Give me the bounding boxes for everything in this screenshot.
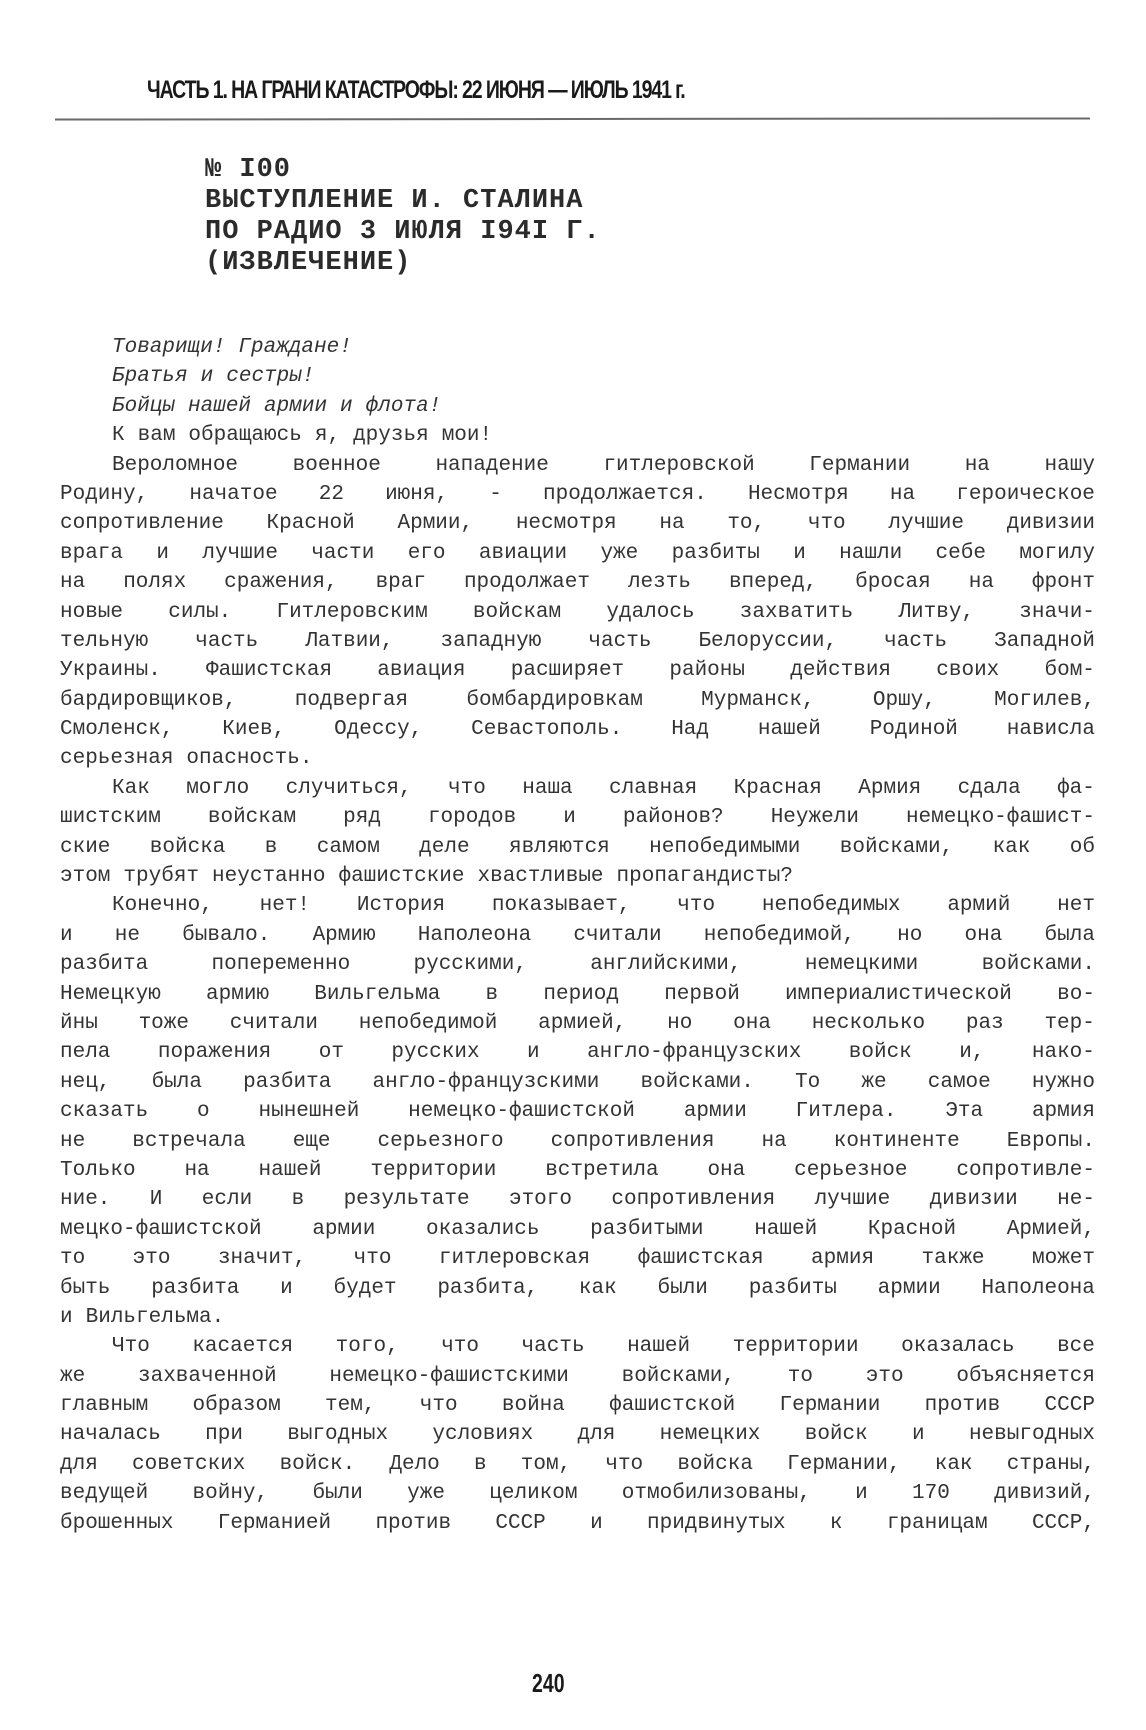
- word: лучшие: [815, 1185, 891, 1214]
- word: Белоруссии,: [698, 627, 837, 656]
- word: целиком: [489, 1479, 577, 1508]
- word: Неужели: [771, 803, 859, 832]
- word: могилу: [1019, 539, 1095, 568]
- document-title-line: ПО РАДИО 3 ИЮЛЯ I94I Г.: [205, 217, 601, 248]
- word: К: [112, 421, 125, 450]
- word: уже: [407, 1479, 445, 1508]
- word: мецко-фашистской: [60, 1215, 262, 1244]
- word: удалось: [606, 598, 694, 627]
- word: непобедимой,: [704, 921, 855, 950]
- word: на: [969, 568, 994, 597]
- text-line: длясоветскихвойск.Деловтом,чтовойскаГерм…: [60, 1450, 1095, 1479]
- word: наша: [522, 774, 572, 803]
- word: и: [340, 392, 353, 421]
- word: сопротивления: [611, 1185, 775, 1214]
- word: период: [543, 980, 619, 1009]
- word: сопротивле-: [956, 1156, 1095, 1185]
- word: часть: [195, 627, 258, 656]
- word: Гитлера.: [796, 1097, 897, 1126]
- word: СССР: [1045, 1391, 1095, 1420]
- word: немецкими: [805, 950, 918, 979]
- word: лучшие: [888, 509, 964, 538]
- word: лезть: [628, 568, 691, 597]
- text-line: Какмоглослучиться,чтонашаславнаяКраснаяА…: [60, 774, 1095, 803]
- word: но: [667, 1009, 692, 1038]
- word: Армия: [858, 774, 921, 803]
- word: часть: [522, 1332, 585, 1361]
- word: Армию: [313, 921, 376, 950]
- word: серьезного: [378, 1127, 504, 1156]
- word: империалистической: [785, 980, 1012, 1009]
- word: сопротивления: [551, 1127, 715, 1156]
- word: оказались: [426, 1215, 539, 1244]
- word: немецко-фашист-: [906, 803, 1095, 832]
- word: Германии: [809, 451, 910, 480]
- word: образом: [193, 1391, 281, 1420]
- text-line: наполяхсражения,врагпродолжаетлезтьвпере…: [60, 568, 1095, 597]
- word: немецких: [660, 1420, 761, 1449]
- word: англо-французскими: [372, 1068, 599, 1097]
- word: славная: [609, 774, 697, 803]
- word: то: [60, 1244, 85, 1273]
- word: гитлеровской: [603, 451, 754, 480]
- word: что: [808, 509, 846, 538]
- word: и: [60, 921, 73, 950]
- word: тельную: [60, 627, 148, 656]
- word: Оршу,: [873, 686, 936, 715]
- word: районов?: [623, 803, 724, 832]
- word: Эта: [945, 1097, 983, 1126]
- word: полях: [123, 568, 186, 597]
- word: началась: [60, 1420, 161, 1449]
- word: разбита,: [437, 1274, 538, 1303]
- word: шистским: [60, 803, 161, 832]
- word: Товарищи!: [112, 333, 225, 362]
- greeting-line: Братьяисестры!: [60, 362, 1095, 391]
- text-line: нец,быларазбитаангло-французскимивойскам…: [60, 1068, 1095, 1097]
- word: немецко-фашистскими: [329, 1362, 568, 1391]
- text-line: Тольконанашейтерриториивстретилаонасерье…: [60, 1156, 1095, 1185]
- word: русских: [391, 1038, 479, 1067]
- word: нужно: [1032, 1068, 1095, 1097]
- word: и: [912, 1420, 925, 1449]
- word: то: [788, 1362, 813, 1391]
- word: нако-: [1032, 1038, 1095, 1067]
- word: что: [677, 891, 715, 920]
- word: дивизии: [1007, 509, 1095, 538]
- word: были: [312, 1479, 362, 1508]
- word: Дело: [389, 1450, 439, 1479]
- word: того,: [336, 1332, 399, 1361]
- word: армия: [1032, 1097, 1095, 1126]
- word: Гитлеровским: [276, 598, 427, 627]
- word: ряд: [343, 803, 381, 832]
- word: против: [375, 1509, 451, 1538]
- word: пропагандисты?: [617, 862, 793, 891]
- text-line: началасьпривыгодныхусловияхдлянемецкихво…: [60, 1420, 1095, 1449]
- word: условиях: [432, 1420, 533, 1449]
- word: вперед,: [729, 568, 817, 597]
- text-line: жезахваченнойнемецко-фашистскимивойсками…: [60, 1362, 1095, 1391]
- word: что: [354, 1244, 392, 1273]
- word: на: [659, 509, 684, 538]
- word: для: [60, 1450, 98, 1479]
- word: уже: [600, 539, 638, 568]
- word: этом: [60, 862, 110, 891]
- word: лучшие: [202, 539, 278, 568]
- word: дивизий,: [994, 1479, 1095, 1508]
- word: и: [563, 803, 576, 832]
- word: войну,: [193, 1479, 269, 1508]
- word: войсками.: [640, 1068, 753, 1097]
- word: западную: [441, 627, 542, 656]
- word: Граждане!: [238, 333, 351, 362]
- word: армию: [206, 980, 269, 1009]
- document-heading: № I00 ВЫСТУПЛЕНИЕ И. СТАЛИНА ПО РАДИО 3 …: [205, 155, 601, 279]
- word: Немецкую: [60, 980, 161, 1009]
- word: вам: [138, 421, 176, 450]
- document-number: № I00: [205, 155, 601, 186]
- text-line: НемецкуюармиюВильгельмавпериодпервойимпе…: [60, 980, 1095, 1009]
- text-line: тельнуючастьЛатвии,западнуючастьБелорусс…: [60, 627, 1095, 656]
- document-title-line: ВЫСТУПЛЕНИЕ И. СТАЛИНА: [205, 186, 601, 217]
- word: Армии,: [397, 509, 473, 538]
- word: фашистская: [638, 1244, 764, 1273]
- word: в: [265, 833, 278, 862]
- word: нападение: [435, 451, 548, 480]
- word: отмобилизованы,: [622, 1479, 811, 1508]
- word: же: [60, 1362, 85, 1391]
- word: Вероломное: [112, 451, 238, 480]
- word: Только: [60, 1156, 136, 1185]
- word: в: [486, 980, 499, 1009]
- word: придвинутых: [647, 1509, 786, 1538]
- word: армии: [878, 1274, 941, 1303]
- word: территории: [733, 1332, 859, 1361]
- word: войскам: [208, 803, 296, 832]
- text-line: этомтрубятнеустаннофашистскиехвастливыеп…: [60, 862, 1095, 891]
- text-line: иВильгельма.: [60, 1303, 1095, 1332]
- word: еще: [293, 1127, 331, 1156]
- word: она: [965, 921, 1003, 950]
- text-line: Квамобращаюсья,друзьямои!: [60, 421, 1095, 450]
- word: поражения: [158, 1038, 271, 1067]
- word: и: [793, 539, 806, 568]
- word: расширяет: [511, 656, 624, 685]
- word: попеременно: [212, 950, 351, 979]
- word: И: [150, 1185, 163, 1214]
- text-line: бытьразбитаибудетразбита,какбылиразбитыа…: [60, 1274, 1095, 1303]
- word: пела: [60, 1038, 110, 1067]
- word: Германии,: [787, 1450, 900, 1479]
- text-line: Чтокасаетсятого,чточастьнашейтерриториио…: [60, 1332, 1095, 1361]
- word: это: [133, 1244, 171, 1273]
- word: как: [935, 1450, 973, 1479]
- word: и: [527, 1038, 540, 1067]
- word: что: [605, 1450, 643, 1479]
- word: для: [577, 1420, 615, 1449]
- word: нависла: [1007, 715, 1095, 744]
- word: войска: [150, 833, 226, 862]
- word: Наполеона: [418, 921, 531, 950]
- word: СССР,: [1032, 1509, 1095, 1538]
- word: тер-: [1044, 1009, 1094, 1038]
- word: что: [448, 774, 486, 803]
- word: Несмотря: [748, 480, 849, 509]
- word: армия: [811, 1244, 874, 1273]
- word: войск: [849, 1038, 912, 1067]
- word: История: [357, 891, 445, 920]
- word: дивизии: [930, 1185, 1018, 1214]
- word: и: [855, 1479, 868, 1508]
- word: -: [489, 480, 502, 509]
- word: обращаюсь: [188, 421, 301, 450]
- word: фашистской: [609, 1391, 735, 1420]
- word: врага: [60, 539, 123, 568]
- word: Смоленск,: [60, 715, 173, 744]
- word: нашей: [259, 1156, 322, 1185]
- word: встретила: [545, 1156, 658, 1185]
- word: не-: [1057, 1185, 1095, 1214]
- word: СССР: [495, 1509, 545, 1538]
- word: том,: [521, 1450, 571, 1479]
- word: Братья: [112, 362, 188, 391]
- word: деле: [419, 833, 469, 862]
- word: континенте: [834, 1127, 960, 1156]
- text-line: инебывало.АрмиюНаполеонасчиталинепобедим…: [60, 921, 1095, 950]
- word: Западной: [994, 627, 1095, 656]
- word: Родину,: [60, 480, 148, 509]
- word: Севастополь.: [471, 715, 622, 744]
- word: то,: [727, 509, 765, 538]
- word: сражения,: [224, 568, 337, 597]
- word: несмотря: [516, 509, 617, 538]
- word: армии: [264, 392, 327, 421]
- word: быть: [60, 1274, 110, 1303]
- word: на: [890, 480, 915, 509]
- word: от: [319, 1038, 344, 1067]
- word: Над: [671, 715, 709, 744]
- word: главным: [60, 1391, 148, 1420]
- word: не: [115, 921, 140, 950]
- text-line: Украины.Фашистскаяавиациярасширяетрайоны…: [60, 656, 1095, 685]
- text-line: сопротивлениеКраснойАрмии,несмотрянато,ч…: [60, 509, 1095, 538]
- word: своих: [936, 656, 999, 685]
- text-line: йнытожесчиталинепобедимойармией,ноонанес…: [60, 1009, 1095, 1038]
- word: действия: [790, 656, 891, 685]
- word: неустанно: [212, 862, 325, 891]
- word: гитлеровская: [439, 1244, 590, 1273]
- header-rule: [55, 117, 1090, 120]
- word: сопротивление: [60, 509, 224, 538]
- word: начатое: [189, 480, 277, 509]
- word: Наполеона: [981, 1274, 1094, 1303]
- word: являются: [509, 833, 610, 862]
- word: как: [993, 833, 1031, 862]
- word: фашистские: [338, 862, 464, 891]
- word: подвергая: [295, 686, 408, 715]
- word: на: [184, 1156, 209, 1185]
- word: авиации: [479, 539, 567, 568]
- word: себе: [936, 539, 986, 568]
- word: войска: [677, 1450, 753, 1479]
- word: Вильгельма.: [86, 1303, 225, 1332]
- word: англо-французских: [587, 1038, 801, 1067]
- word: английскими,: [590, 950, 741, 979]
- word: тоже: [139, 1009, 189, 1038]
- word: самом: [317, 833, 380, 862]
- word: тем,: [325, 1391, 375, 1420]
- word: и: [590, 1509, 603, 1538]
- word: и: [201, 362, 214, 391]
- word: русскими,: [414, 950, 527, 979]
- word: при: [205, 1420, 243, 1449]
- word: Латвии,: [305, 627, 393, 656]
- text-line: серьезнаяопасность.: [60, 744, 1095, 773]
- word: сказать: [60, 1097, 148, 1126]
- word: Что: [112, 1332, 150, 1361]
- page-number: 240: [532, 1668, 565, 1699]
- text-line: тоэтозначит,чтогитлеровскаяфашистскаяарм…: [60, 1244, 1095, 1273]
- word: ведущей: [60, 1479, 148, 1508]
- word: йны: [60, 1009, 98, 1038]
- text-line: ние.Иесливрезультатеэтогосопротивлениялу…: [60, 1185, 1095, 1214]
- word: что: [420, 1391, 458, 1420]
- word: войсками.: [982, 950, 1095, 979]
- word: она: [733, 1009, 771, 1038]
- word: нашей: [627, 1332, 690, 1361]
- word: несколько: [812, 1009, 925, 1038]
- word: это: [866, 1362, 904, 1391]
- word: если: [202, 1185, 252, 1214]
- word: на: [60, 568, 85, 597]
- text-line: брошенныхГерманиейпротивСССРипридвинутых…: [60, 1509, 1095, 1538]
- running-head: ЧАСТЬ 1. НА ГРАНИ КАТАСТРОФЫ: 22 ИЮНЯ — …: [147, 76, 685, 105]
- word: в: [474, 1450, 487, 1479]
- word: армии: [684, 1097, 747, 1126]
- text-line: сказатьонынешнейнемецко-фашистскойармииГ…: [60, 1097, 1095, 1126]
- word: на: [761, 1127, 786, 1156]
- text-line: главнымобразомтем,чтовойнафашистскойГерм…: [60, 1391, 1095, 1420]
- word: бывало.: [182, 921, 270, 950]
- word: бардировщиков,: [60, 686, 236, 715]
- word: серьезное: [794, 1156, 907, 1185]
- word: Германии: [780, 1391, 881, 1420]
- word: случиться,: [286, 774, 412, 803]
- word: сестры!: [226, 362, 314, 391]
- word: этого: [509, 1185, 572, 1214]
- word: касается: [192, 1332, 293, 1361]
- word: немецко-фашистской: [408, 1097, 635, 1126]
- word: Красная: [734, 774, 822, 803]
- word: друзья: [353, 421, 429, 450]
- word: первой: [664, 980, 740, 1009]
- word: территории: [370, 1156, 496, 1185]
- word: во-: [1057, 980, 1095, 1009]
- word: его: [408, 539, 446, 568]
- text-line: новыесилы.Гитлеровскимвойскамудалосьзахв…: [60, 598, 1095, 627]
- word: часть: [884, 627, 947, 656]
- word: границам: [887, 1509, 988, 1538]
- text-line: шистскимвойскамрядгородовирайонов?Неужел…: [60, 803, 1095, 832]
- word: нашей: [188, 392, 251, 421]
- word: войск: [805, 1420, 868, 1449]
- word: серьезная: [60, 744, 173, 773]
- text-line: ведущейвойну,былиужецеликомотмобилизован…: [60, 1479, 1095, 1508]
- word: силы.: [168, 598, 231, 627]
- word: Могилев,: [994, 686, 1095, 715]
- word: бом-: [1045, 656, 1095, 685]
- word: нынешней: [258, 1097, 359, 1126]
- word: новые: [60, 598, 123, 627]
- text-line: бардировщиков,подвергаябомбардировкамМур…: [60, 686, 1095, 715]
- text-line: невстречалаещесерьезногосопротивлениянак…: [60, 1127, 1095, 1156]
- word: авиация: [377, 656, 465, 685]
- word: показывает,: [492, 891, 631, 920]
- word: что: [441, 1332, 479, 1361]
- greeting-line: Бойцынашейармииифлота!: [60, 392, 1095, 421]
- word: Как: [112, 774, 150, 803]
- word: считали: [230, 1009, 318, 1038]
- text-line: мецко-фашистскойармииоказалисьразбитымин…: [60, 1215, 1095, 1244]
- word: продолжает: [464, 568, 590, 597]
- word: советских: [132, 1450, 245, 1479]
- word: были: [658, 1274, 708, 1303]
- word: на: [965, 451, 990, 480]
- text-line: разбитапопеременнорусскими,английскими,н…: [60, 950, 1095, 979]
- word: сдала: [958, 774, 1021, 803]
- word: Европы.: [1007, 1127, 1095, 1156]
- word: непобедимых: [762, 891, 901, 920]
- word: брошенных: [60, 1509, 173, 1538]
- word: разбита: [60, 950, 148, 979]
- word: фронт: [1032, 568, 1095, 597]
- word: разбита: [151, 1274, 239, 1303]
- word: хвастливые: [478, 862, 604, 891]
- word: Одессу,: [334, 715, 422, 744]
- word: и,: [959, 1038, 984, 1067]
- word: Красной: [868, 1215, 956, 1244]
- word: трубят: [123, 862, 199, 891]
- word: июня,: [385, 480, 448, 509]
- word: Бойцы: [112, 392, 175, 421]
- text-line: скиевойскавсамомделеявляютсянепобедимыми…: [60, 833, 1095, 862]
- word: самое: [928, 1068, 991, 1097]
- word: бомбардировкам: [466, 686, 642, 715]
- word: разбиты: [749, 1274, 837, 1303]
- word: была: [152, 1068, 202, 1097]
- word: считали: [573, 921, 661, 950]
- word: невыгодных: [969, 1420, 1095, 1449]
- word: бросая: [855, 568, 931, 597]
- word: раз: [966, 1009, 1004, 1038]
- word: войскам: [473, 598, 561, 627]
- word: захватить: [740, 598, 853, 627]
- word: и: [280, 1274, 293, 1303]
- word: результате: [344, 1185, 470, 1214]
- word: непобедимыми: [649, 833, 800, 862]
- word: войск.: [280, 1450, 356, 1479]
- word: разбиты: [672, 539, 760, 568]
- word: нашли: [839, 539, 902, 568]
- word: Красной: [267, 509, 355, 538]
- text-line: пелапораженияотрусскихиангло-французских…: [60, 1038, 1095, 1067]
- word: нет!: [260, 891, 310, 920]
- word: могло: [186, 774, 249, 803]
- word: фа-: [1057, 774, 1095, 803]
- word: может: [1032, 1244, 1095, 1273]
- word: также: [922, 1244, 985, 1273]
